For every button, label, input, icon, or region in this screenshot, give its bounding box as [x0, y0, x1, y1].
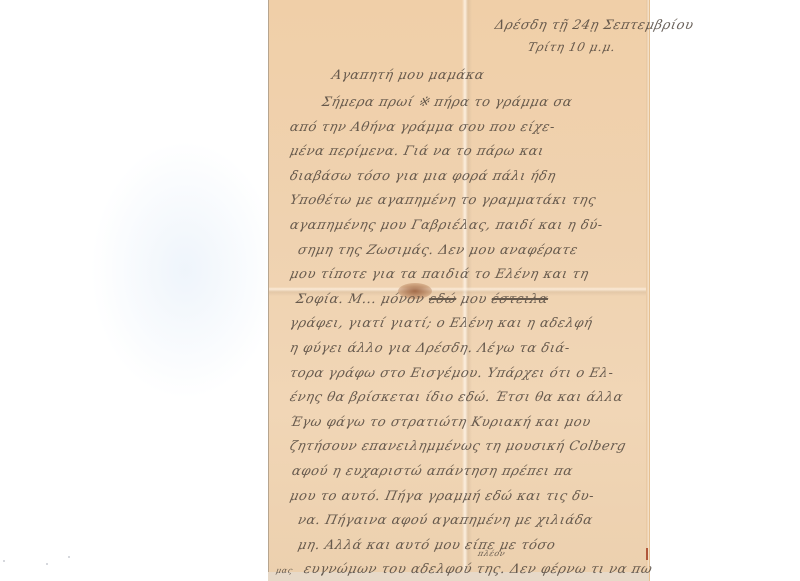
letter-body-line: διαβάσω τόσο για μια φορά πάλι ήδη [288, 169, 557, 184]
letter-body-line: ευγνώμων του αδελφού της. Δεν φέρνω τι ν… [302, 562, 653, 577]
letter-body-line: Υποθέτω με αγαπημένη το γραμματάκι της [288, 193, 597, 208]
letter-body-line: τορα γράφω στο Εισγέμου. Υπάρχει ότι ο Ε… [288, 366, 615, 381]
letter-body-line: η φύγει άλλο για Δρέσδη. Λέγω τα διά- [288, 341, 571, 356]
letter-body-line: Έγω φάγω το στρατιώτη Κυριακή και μου [288, 415, 592, 430]
letter-salutation: Αγαπητή μου μαμάκα [330, 68, 485, 83]
dust-speck [3, 560, 5, 562]
margin-note: μας [275, 566, 294, 575]
letter-body-line: Σοφία. Μ... μόνον εδώ μου έστειλα [294, 292, 549, 307]
page-right-edge [646, 0, 649, 581]
letter-body-line: μένα περίμενα. Γιά να το πάρω και [288, 144, 545, 159]
letter-body-line: μη. Αλλά και αυτό μου είπε με τόσο [296, 538, 557, 553]
letter-body-line: ένης θα βρίσκεται ίδιο εδώ. Έτσι θα και … [288, 390, 624, 405]
letter-body-line: ζητήσουν επανειλημμένως τη μουσική Colbe… [288, 439, 627, 454]
letter-body-line: αφού η ευχαριστώ απάντηση πρέπει πα [290, 464, 574, 479]
superscript-note: πλέον [477, 549, 506, 558]
letter-body-line: να. Πήγαινα αφού αγαπημένη με χιλιάδα [296, 513, 594, 528]
letter-body-line: Σήμερα πρωί ※ πήρα το γράμμα σα [320, 95, 573, 110]
letter-body-line: σημη της Ζωσιμάς. Δεν μου αναφέρατε [296, 243, 579, 258]
letter-day-time: Τρίτη 10 μ.μ. [527, 40, 618, 54]
edge-mark [646, 548, 648, 560]
letter-body-line: γράφει, γιατί γιατί; ο Ελένη και η αδελφ… [288, 316, 594, 331]
letter-body-line: μου το αυτό. Πήγα γραμμή εδώ και τις δυ- [288, 489, 595, 504]
letter-body-line: από την Αθήνα γράμμα σου που είχε- [288, 120, 556, 135]
dust-speck [68, 556, 70, 558]
background-tint [90, 140, 280, 400]
letter-place-date: Δρέσδη τῇ 24ῃ Σεπτεμβρίου [493, 18, 695, 33]
letter-body-line: μου τίποτε για τα παιδιά το Ελένη και τη [288, 267, 590, 282]
letter-body-line: αγαπημένης μου Γαβριέλας, παιδί και η δύ… [288, 218, 604, 233]
dust-speck [46, 563, 48, 565]
